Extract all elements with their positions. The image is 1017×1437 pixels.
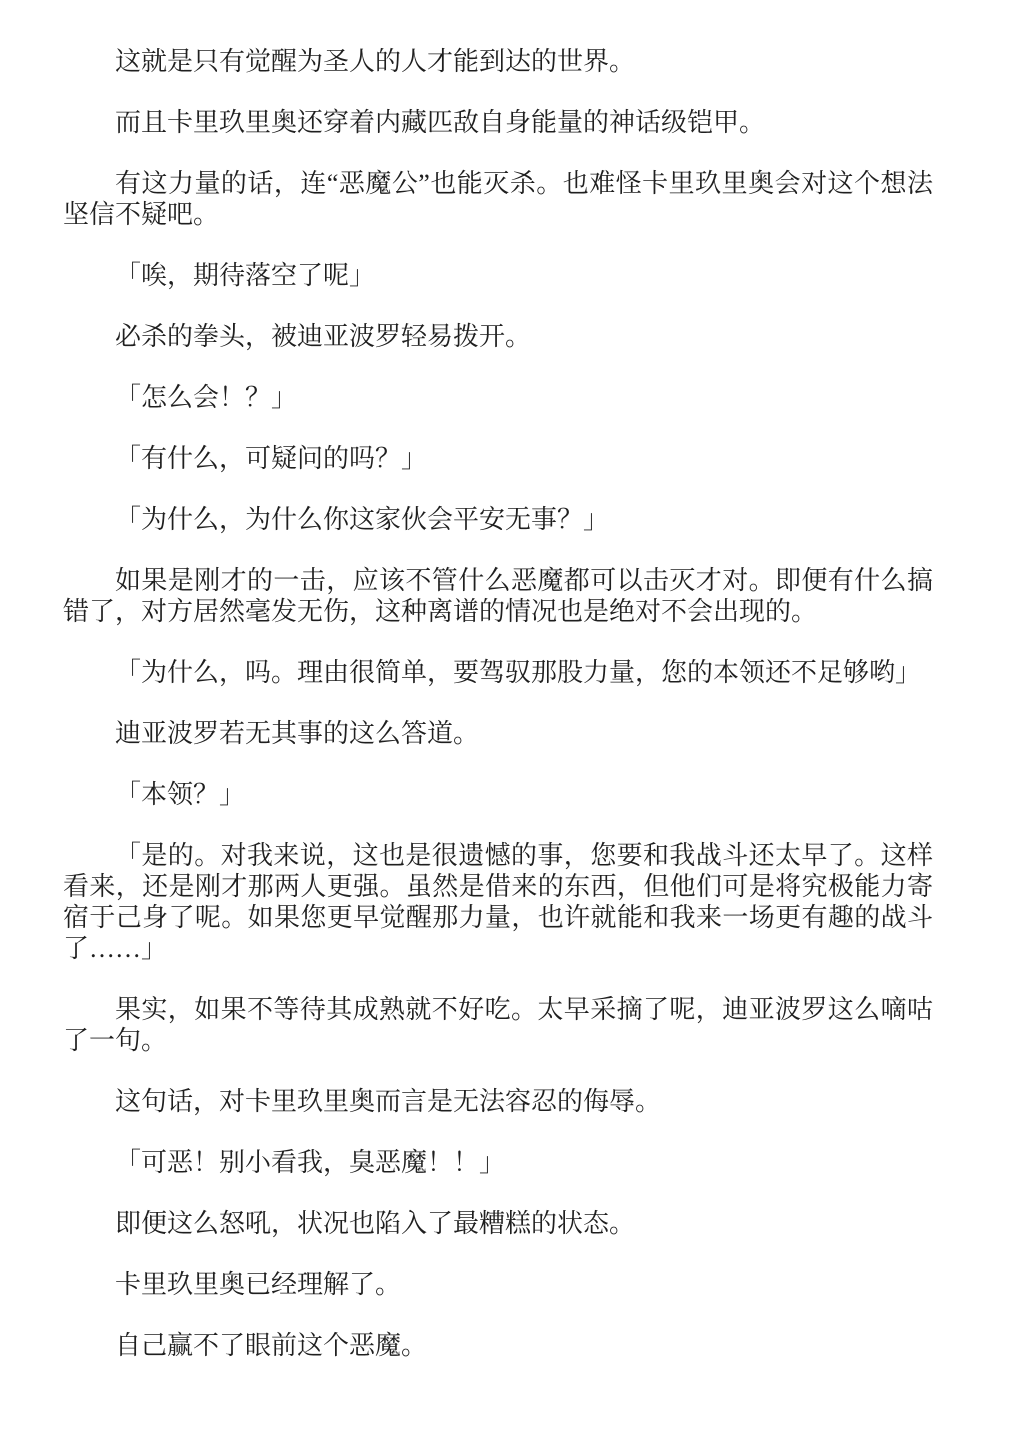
paragraph: 即便这么怒吼，状况也陷入了最糟糕的状态。 <box>63 1208 933 1239</box>
dialogue-paragraph: 「是的。对我来说，这也是很遗憾的事，您要和我战斗还太早了。这样看来，还是刚才那两… <box>63 840 933 964</box>
paragraph: 如果是刚才的一击，应该不管什么恶魔都可以击灭才对。即便有什么搞错了，对方居然毫发… <box>63 565 933 627</box>
dialogue-paragraph: 「本领？」 <box>63 779 933 810</box>
dialogue-paragraph: 「为什么，吗。理由很简单，要驾驭那股力量，您的本领还不足够哟」 <box>63 657 933 688</box>
paragraph: 这句话，对卡里玖里奥而言是无法容忍的侮辱。 <box>63 1086 933 1117</box>
document-page: 这就是只有觉醒为圣人的人才能到达的世界。 而且卡里玖里奥还穿着内藏匹敌自身能量的… <box>0 0 1017 1437</box>
paragraph: 而且卡里玖里奥还穿着内藏匹敌自身能量的神话级铠甲。 <box>63 107 933 138</box>
paragraph: 这就是只有觉醒为圣人的人才能到达的世界。 <box>63 46 933 77</box>
paragraph: 卡里玖里奥已经理解了。 <box>63 1269 933 1300</box>
dialogue-paragraph: 「为什么，为什么你这家伙会平安无事？」 <box>63 504 933 535</box>
paragraph: 自己赢不了眼前这个恶魔。 <box>63 1330 933 1361</box>
paragraph: 有这力量的话，连“恶魔公”也能灭杀。也难怪卡里玖里奥会对这个想法坚信不疑吧。 <box>63 168 933 230</box>
paragraph: 果实，如果不等待其成熟就不好吃。太早采摘了呢，迪亚波罗这么嘀咕了一句。 <box>63 994 933 1056</box>
dialogue-paragraph: 「有什么，可疑问的吗？」 <box>63 443 933 474</box>
paragraph: 必杀的拳头，被迪亚波罗轻易拨开。 <box>63 321 933 352</box>
dialogue-paragraph: 「怎么会！？」 <box>63 382 933 413</box>
paragraph: 迪亚波罗若无其事的这么答道。 <box>63 718 933 749</box>
dialogue-paragraph: 「唉，期待落空了呢」 <box>63 260 933 291</box>
dialogue-paragraph: 「可恶！别小看我，臭恶魔！！」 <box>63 1147 933 1178</box>
